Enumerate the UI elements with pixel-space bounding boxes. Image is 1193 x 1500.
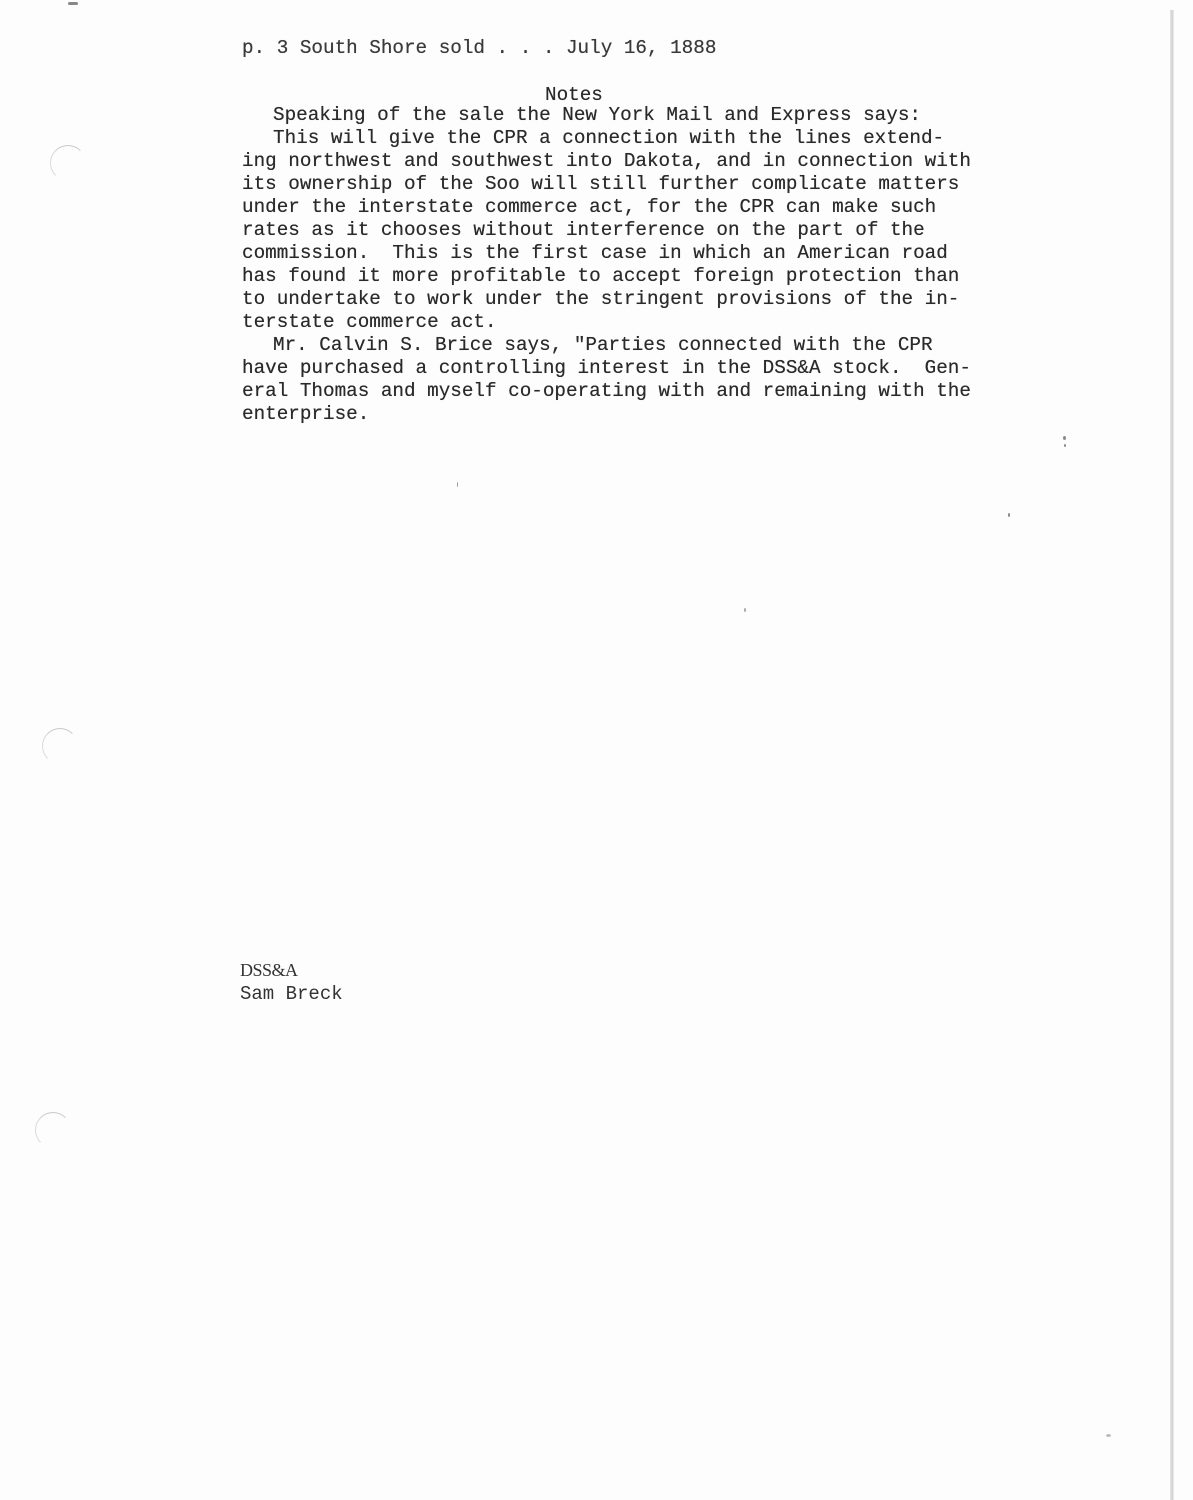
author-label: Sam Breck [240,982,343,1006]
notes-body: Speaking of the sale the New York Mail a… [242,104,971,426]
paragraph-line: Mr. Calvin S. Brice says, "Parties conne… [242,334,971,357]
paragraph-line: to undertake to work under the stringent… [242,288,971,311]
scanned-page: p. 3 South Shore sold . . . July 16, 188… [0,0,1193,1500]
document-footer: DSS&A Sam Breck [240,958,343,1006]
document-header: p. 3 South Shore sold . . . July 16, 188… [242,37,716,60]
paragraph-line: have purchased a controlling interest in… [242,357,971,380]
page-edge-shadow [1170,10,1174,1500]
punch-hole-shadow [42,728,78,764]
paragraph-line: under the interstate commerce act, for t… [242,196,971,219]
paragraph-line: has found it more profitable to accept f… [242,265,971,288]
paragraph-line: rates as it chooses without interference… [242,219,971,242]
scan-speck [457,482,458,487]
paragraph-line: ing northwest and southwest into Dakota,… [242,150,971,173]
paragraph-line: This will give the CPR a connection with… [242,127,971,150]
paragraph-line: Speaking of the sale the New York Mail a… [242,104,971,127]
paragraph-line: its ownership of the Soo will still furt… [242,173,971,196]
scan-speck [1064,444,1066,447]
paragraph-line: terstate commerce act. [242,311,971,334]
punch-hole-shadow [50,145,86,181]
paragraph-line: eral Thomas and myself co-operating with… [242,380,971,403]
scan-speck [1063,436,1066,440]
scan-speck [744,608,746,612]
organization-label: DSS&A [240,958,343,982]
punch-hole-shadow [35,1112,71,1148]
scan-speck [1106,1434,1111,1437]
scan-speck [1008,513,1010,517]
scan-mark [68,2,78,5]
paragraph-line: commission. This is the first case in wh… [242,242,971,265]
paragraph-line: enterprise. [242,403,971,426]
